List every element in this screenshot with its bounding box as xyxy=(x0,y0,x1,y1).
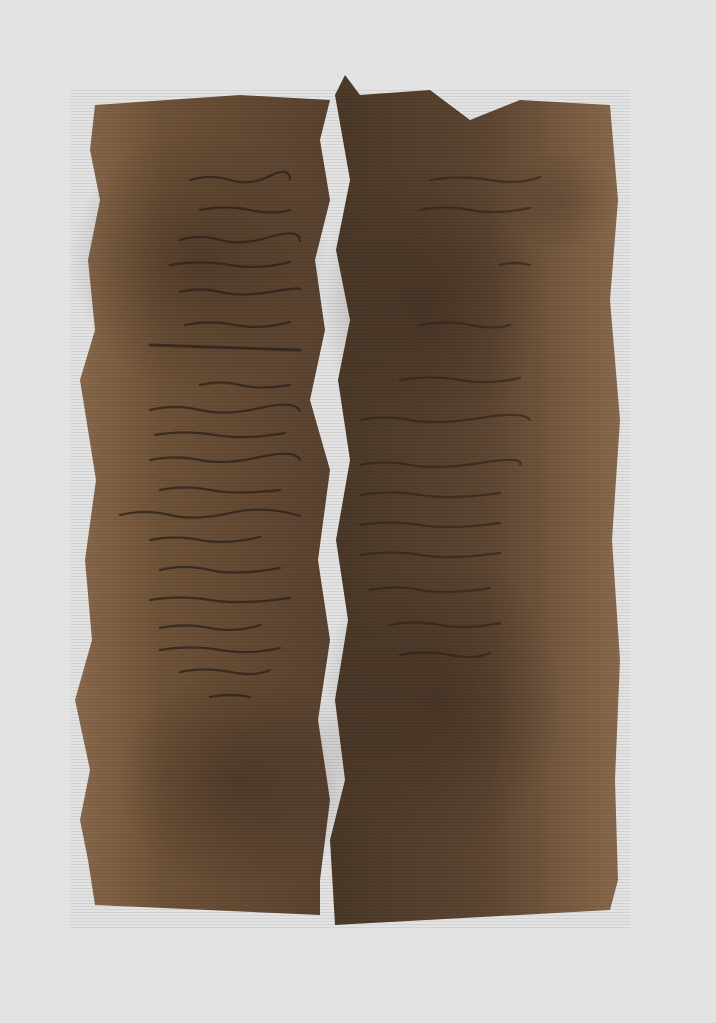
papyrus-photo xyxy=(0,0,716,1023)
